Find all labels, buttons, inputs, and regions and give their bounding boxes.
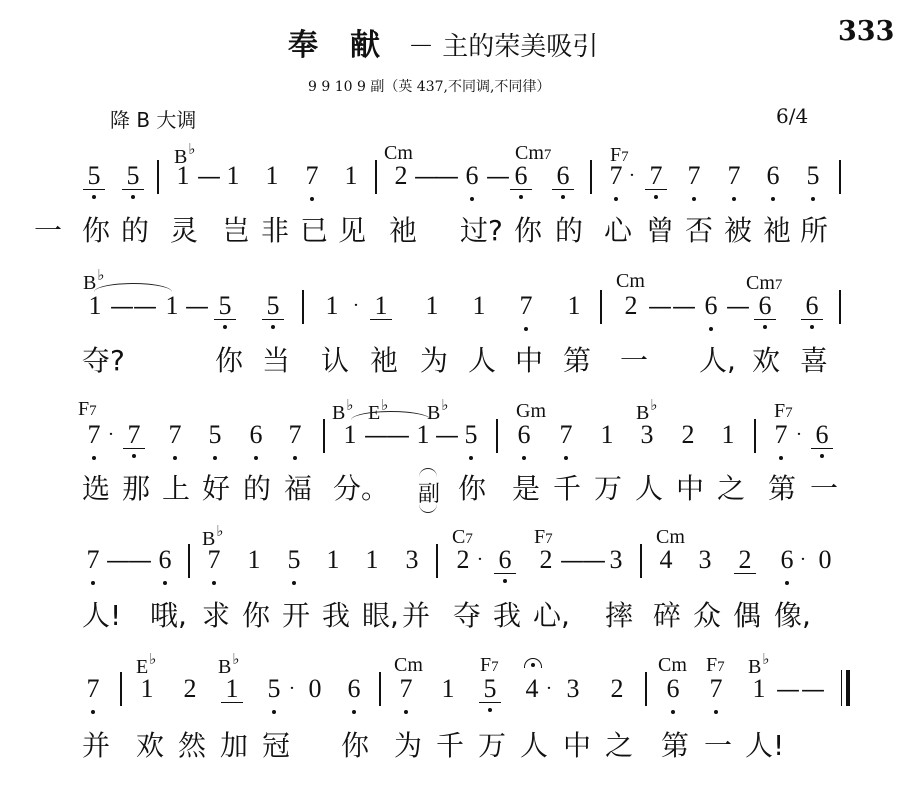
note: 7 xyxy=(82,547,104,573)
lyric: 中 xyxy=(563,731,591,761)
note: 1 xyxy=(370,293,392,320)
lyric: 一 xyxy=(810,474,838,504)
lyric: 夺? xyxy=(82,346,125,376)
note: 1 xyxy=(596,422,618,448)
note: 1 xyxy=(412,422,434,448)
note: 6 xyxy=(700,293,722,319)
dash: — xyxy=(801,676,821,702)
bar-line xyxy=(375,160,377,194)
note: 3 xyxy=(562,676,584,702)
chorus-bracket-bottom xyxy=(419,504,437,513)
dash: — xyxy=(648,293,668,319)
lyric: 千 xyxy=(553,474,581,504)
lyric: 喜 xyxy=(800,346,828,376)
dash: — xyxy=(364,422,384,448)
lyric: 第 xyxy=(768,474,796,504)
hymn-number: 333 xyxy=(838,16,894,47)
lyric: 已 xyxy=(300,216,328,246)
note: 1 xyxy=(421,293,443,319)
lyric: 冠 xyxy=(262,731,290,761)
note: 1 xyxy=(261,163,283,189)
lyric: 加 xyxy=(220,731,248,761)
lyric: 祂 xyxy=(763,216,791,246)
note: 5 xyxy=(262,293,284,320)
augmentation-dot: · xyxy=(350,293,362,319)
dash: — xyxy=(776,676,796,702)
augmentation-dot: · xyxy=(543,676,555,702)
lyric: 见 xyxy=(338,216,366,246)
note: 7 xyxy=(683,163,705,189)
lyric: 人! xyxy=(82,601,121,631)
bar-line xyxy=(645,672,647,706)
augmentation-dot: · xyxy=(626,163,638,189)
lyric: 上 xyxy=(162,474,190,504)
note: 4 xyxy=(655,547,677,573)
lyric: 并 xyxy=(82,731,110,761)
augmentation-dot: · xyxy=(105,422,117,448)
lyric: 人 xyxy=(468,346,496,376)
lyric: 你 xyxy=(82,216,110,246)
dash: — xyxy=(197,163,217,189)
augmentation-dot: · xyxy=(474,547,486,573)
lyric: 被 xyxy=(724,216,752,246)
lyric: 祂 xyxy=(370,346,398,376)
lyric: 眼, xyxy=(362,601,399,631)
title-char-1: 奉 xyxy=(288,28,320,63)
lyric: 一 xyxy=(704,731,732,761)
lyric: 万 xyxy=(478,731,506,761)
note: 5 xyxy=(83,163,105,190)
note: 6 xyxy=(662,676,684,702)
lyric: 你 xyxy=(215,346,243,376)
note: 1 xyxy=(717,422,739,448)
chord: F7 xyxy=(78,398,97,421)
note: 3 xyxy=(694,547,716,573)
augmentation-dot: · xyxy=(793,422,805,448)
note: 5 xyxy=(122,163,144,190)
note: 7 xyxy=(555,422,577,448)
note: 6 xyxy=(245,422,267,448)
lyric: 夺 xyxy=(453,601,481,631)
lyric: 人 xyxy=(635,474,663,504)
note: 5 xyxy=(479,676,501,703)
dash: — xyxy=(106,547,126,573)
lyric: 摔 xyxy=(605,601,633,631)
lyric: 并 xyxy=(402,601,430,631)
lyric: 你 xyxy=(514,216,542,246)
fermata-icon xyxy=(524,658,542,668)
lyric: 众 xyxy=(693,601,721,631)
note: 1 xyxy=(161,293,183,319)
lyric: 人 xyxy=(520,731,548,761)
lyric: 当 xyxy=(262,346,290,376)
bar-line xyxy=(120,672,122,706)
lyric: 心, xyxy=(533,601,570,631)
lyric: 偶 xyxy=(733,601,761,631)
note: 6 xyxy=(801,293,823,320)
lyric: 万 xyxy=(594,474,622,504)
meter-info: 9 9 10 9 副（英 437,不同调,不同律） xyxy=(308,76,550,96)
dash: — xyxy=(128,547,148,573)
note: 1 xyxy=(322,547,344,573)
augmentation-dot: · xyxy=(286,676,298,702)
lyric: 为 xyxy=(420,346,448,376)
note: 6 xyxy=(510,163,532,190)
lyric: 的 xyxy=(243,474,271,504)
tie-slur xyxy=(94,283,172,292)
bar-line xyxy=(157,160,159,194)
note: 7 xyxy=(301,163,323,189)
bar-line xyxy=(323,419,325,453)
dash: — xyxy=(560,547,580,573)
lyric: 你 xyxy=(458,474,486,504)
lyric: 人, xyxy=(699,346,736,376)
note: 7 xyxy=(770,422,792,448)
note: 5 xyxy=(214,293,236,320)
bar-line xyxy=(379,672,381,706)
note: 6 xyxy=(552,163,574,190)
note: 2 xyxy=(677,422,699,448)
note: 2 xyxy=(390,163,412,189)
note: 7 xyxy=(395,676,417,702)
note: 1 xyxy=(243,547,265,573)
lyric: 一 xyxy=(620,346,648,376)
dash: — xyxy=(435,163,455,189)
lyric: 碎 xyxy=(653,601,681,631)
note: 7 xyxy=(164,422,186,448)
augmentation-dot: · xyxy=(797,547,809,573)
chord: Cm xyxy=(616,270,645,293)
lyric: 是 xyxy=(512,474,540,504)
lyric: 像, xyxy=(774,601,811,631)
chorus-bracket-top xyxy=(419,468,437,477)
lyric: 之 xyxy=(717,474,745,504)
lyric: 所 xyxy=(800,216,828,246)
note: 6 xyxy=(513,422,535,448)
note: 7 xyxy=(723,163,745,189)
note: 2 xyxy=(179,676,201,702)
lyric: 非 xyxy=(261,216,289,246)
title-char-2: 献 xyxy=(350,28,382,63)
lyric: 开 xyxy=(282,601,310,631)
bar-line xyxy=(436,544,438,578)
note: 1 xyxy=(221,676,243,703)
bar-line xyxy=(302,290,304,324)
lyric: 求 xyxy=(202,601,230,631)
note: 6 xyxy=(494,547,516,574)
note: 5 xyxy=(283,547,305,573)
note: 3 xyxy=(636,422,658,448)
note: 2 xyxy=(452,547,474,573)
note: 1 xyxy=(748,676,770,702)
note: 2 xyxy=(734,547,756,574)
note: 7 xyxy=(82,676,104,702)
note: 7 xyxy=(83,422,105,448)
note: 5 xyxy=(204,422,226,448)
lyric: 一 xyxy=(34,216,62,246)
note: 3 xyxy=(605,547,627,573)
lyric: 第 xyxy=(661,731,689,761)
note: 7 xyxy=(645,163,667,190)
dash: — xyxy=(435,422,455,448)
note: 5 xyxy=(263,676,285,702)
final-double-bar-line xyxy=(841,670,847,706)
lyric: 之 xyxy=(605,731,633,761)
lyric: 岂 xyxy=(222,216,250,246)
note: 1 xyxy=(136,676,158,702)
note: 1 xyxy=(361,547,383,573)
note: 0 xyxy=(304,676,326,702)
note: 1 xyxy=(437,676,459,702)
note: 6 xyxy=(754,293,776,320)
lyric: 认 xyxy=(321,346,349,376)
hymn-subtitle: － 主的荣美吸引 xyxy=(408,26,598,63)
lyric: 的 xyxy=(121,216,149,246)
dash: — xyxy=(185,293,205,319)
note: 6 xyxy=(343,676,365,702)
note: 5 xyxy=(802,163,824,189)
lyric: 欢 xyxy=(136,731,164,761)
dash: — xyxy=(133,293,153,319)
lyric: 中 xyxy=(676,474,704,504)
note: 7 xyxy=(284,422,306,448)
bar-line xyxy=(496,419,498,453)
lyric: 你 xyxy=(341,731,369,761)
lyric: 为 xyxy=(394,731,422,761)
note: 0 xyxy=(814,547,836,573)
note: 4 xyxy=(521,676,543,702)
note: 6 xyxy=(762,163,784,189)
bar-line xyxy=(590,160,592,194)
dash: — xyxy=(726,293,746,319)
note: 2 xyxy=(535,547,557,573)
lyric: 那 xyxy=(122,474,150,504)
lyric: 第 xyxy=(563,346,591,376)
lyric: 曾 xyxy=(646,216,674,246)
lyric: 我 xyxy=(322,601,350,631)
note: 1 xyxy=(172,163,194,189)
lyric: 然 xyxy=(178,731,206,761)
note: 1 xyxy=(321,293,343,319)
note: 5 xyxy=(460,422,482,448)
note: 6 xyxy=(811,422,833,449)
bar-line xyxy=(600,290,602,324)
note: 7 xyxy=(605,163,627,189)
note: 7 xyxy=(123,422,145,449)
hymn-title: 奉献 xyxy=(288,20,382,64)
lyric: 否 xyxy=(685,216,713,246)
lyric: 中 xyxy=(515,346,543,376)
note: 1 xyxy=(563,293,585,319)
dash: — xyxy=(672,293,692,319)
note: 6 xyxy=(776,547,798,573)
note: 6 xyxy=(154,547,176,573)
bar-line xyxy=(839,290,841,324)
bar-line xyxy=(754,419,756,453)
time-signature: 6/4 xyxy=(776,104,808,128)
note: 7 xyxy=(705,676,727,702)
dash: — xyxy=(110,293,130,319)
note: 7 xyxy=(203,547,225,573)
bar-line xyxy=(640,544,642,578)
dash: — xyxy=(414,163,434,189)
bar-line xyxy=(188,544,190,578)
key-signature: 降 B 大调 xyxy=(110,104,196,133)
note: 1 xyxy=(84,293,106,319)
lyric: 福 xyxy=(284,474,312,504)
lyric: 你 xyxy=(242,601,270,631)
dash: — xyxy=(486,163,506,189)
lyric: 哦, xyxy=(150,601,187,631)
note: 3 xyxy=(401,547,423,573)
lyric: 千 xyxy=(436,731,464,761)
tie-slur xyxy=(351,411,431,420)
note: 2 xyxy=(620,293,642,319)
note: 6 xyxy=(461,163,483,189)
dash: — xyxy=(582,547,602,573)
lyric: 的 xyxy=(555,216,583,246)
lyric: 祂 xyxy=(389,216,417,246)
lyric: 好 xyxy=(202,474,230,504)
dash: — xyxy=(386,422,406,448)
note: 1 xyxy=(339,422,361,448)
note: 7 xyxy=(515,293,537,319)
lyric: 灵 xyxy=(170,216,198,246)
bar-line xyxy=(839,160,841,194)
lyric: 过? xyxy=(460,216,503,246)
note: 2 xyxy=(606,676,628,702)
lyric: 欢 xyxy=(752,346,780,376)
lyric: 人! xyxy=(745,731,784,761)
lyric: 选 xyxy=(82,474,110,504)
note: 1 xyxy=(468,293,490,319)
note: 1 xyxy=(222,163,244,189)
lyric: 心 xyxy=(604,216,632,246)
note: 1 xyxy=(340,163,362,189)
lyric: 我 xyxy=(493,601,521,631)
lyric: 分。 xyxy=(333,474,389,504)
